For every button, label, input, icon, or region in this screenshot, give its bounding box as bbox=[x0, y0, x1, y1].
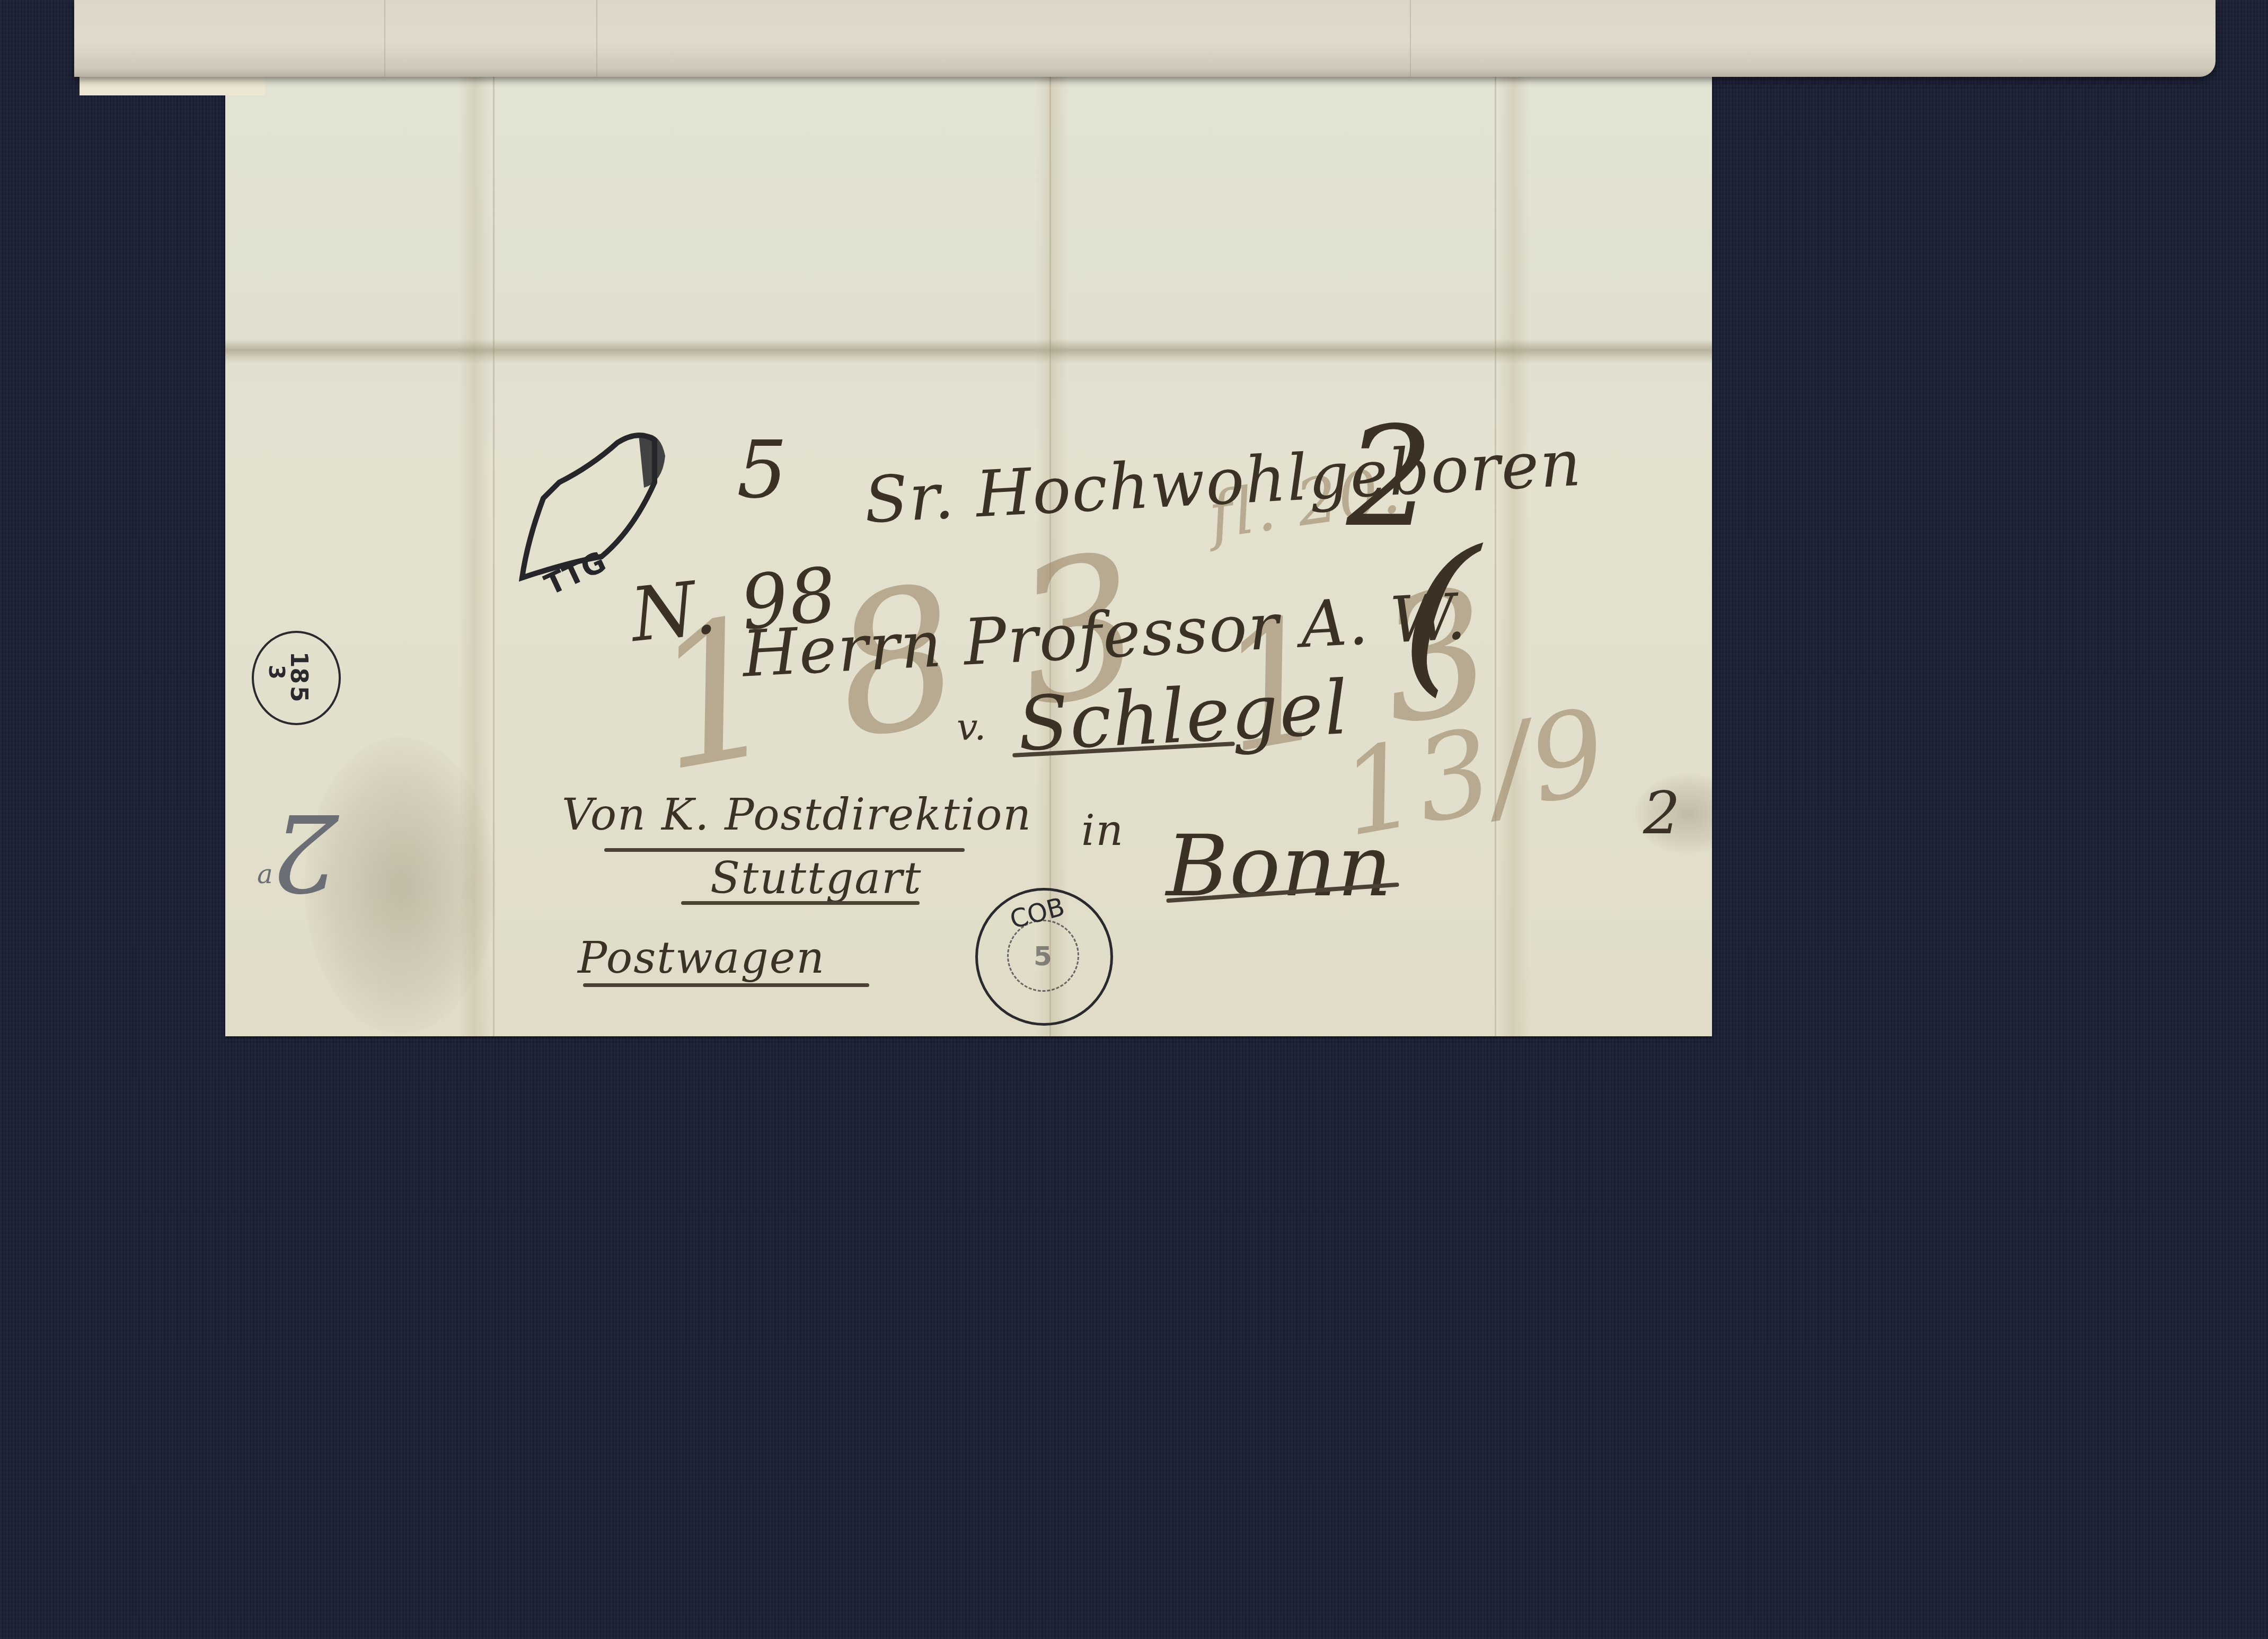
svg-text:TTG: TTG bbox=[540, 545, 611, 599]
fold-crease bbox=[1497, 69, 1529, 1036]
coblenz-postmark: COB 5 bbox=[975, 888, 1113, 1026]
roll-fold-line bbox=[1410, 0, 1411, 77]
sender-line-3: Postwagen bbox=[578, 933, 825, 983]
roll-fold-line bbox=[596, 0, 597, 77]
pencil-small-mark: a bbox=[257, 859, 274, 889]
roll-fold-line bbox=[384, 0, 385, 77]
sender-underline-2 bbox=[681, 901, 920, 905]
rolled-upper-sheet bbox=[74, 0, 2216, 77]
right-edge-mark: 2 bbox=[1643, 779, 1681, 847]
address-line-4-prefix: in bbox=[1081, 806, 1124, 855]
fold-crease bbox=[1495, 69, 1496, 1036]
sender-line-2: Stuttgart bbox=[710, 853, 922, 904]
date-postmark-left: 18 5 3 bbox=[252, 631, 341, 725]
destination-city: Bonn bbox=[1166, 816, 1393, 915]
sender-underline-1 bbox=[604, 848, 965, 852]
address-line-3-prefix: v. bbox=[957, 705, 987, 748]
pencil-number: 2 bbox=[270, 790, 339, 913]
sender-line-1: Von K. Postdirektion bbox=[562, 790, 1032, 840]
stuttgart-arc-stamp: TTG bbox=[511, 424, 670, 599]
horizontal-fold-stain bbox=[225, 339, 1712, 364]
address-number: 5 bbox=[737, 424, 788, 516]
sender-underline-3 bbox=[583, 983, 869, 987]
